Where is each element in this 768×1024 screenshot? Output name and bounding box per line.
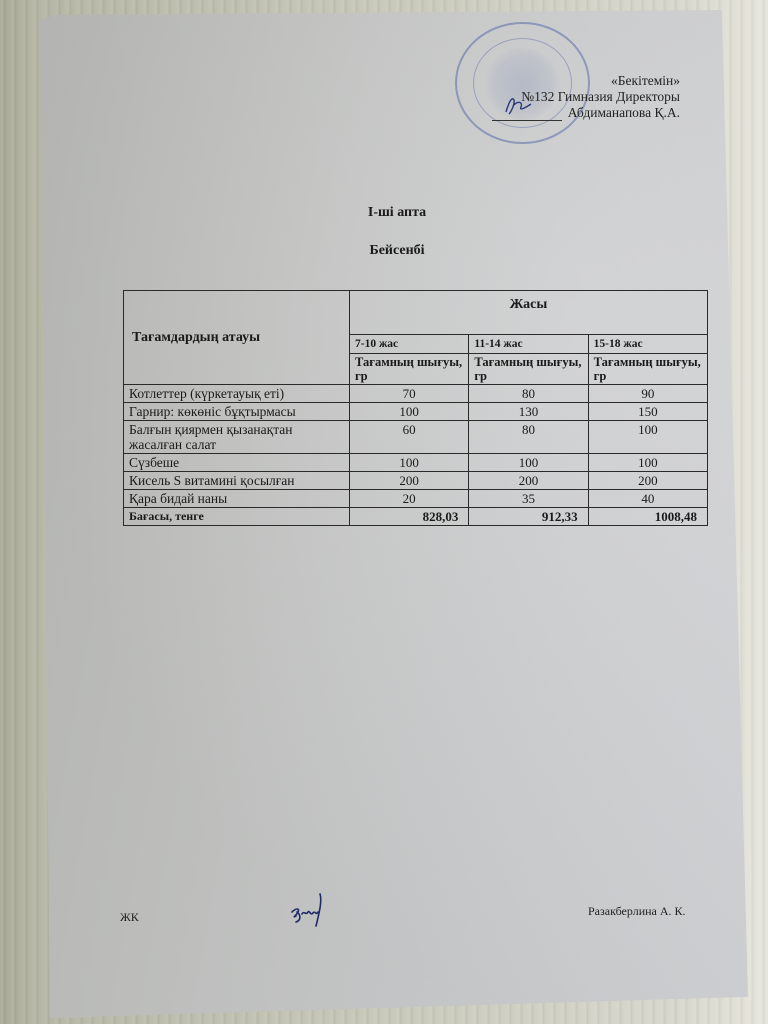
dish-value: 200 <box>588 472 707 490</box>
yield-label: Тағамның шығуы, гр <box>350 354 469 385</box>
total-value: 828,03 <box>350 508 469 526</box>
age-group-7-10: 7-10 жас <box>350 335 469 354</box>
dish-name: Кисель S витамині қосылған <box>124 472 350 490</box>
table-row: Балғын қиярмен қызанақтан жасалған салат… <box>124 421 708 454</box>
dish-name: Балғын қиярмен қызанақтан жасалған салат <box>124 421 350 454</box>
total-value: 912,33 <box>469 508 588 526</box>
age-header: Жасы <box>350 291 708 335</box>
yield-label: Тағамның шығуы, гр <box>588 354 707 385</box>
dish-value: 100 <box>350 454 469 472</box>
yield-label: Тағамның шығуы, гр <box>469 354 588 385</box>
day-title: Бейсенбі <box>0 243 768 259</box>
table-row: Сүзбеше 100 100 100 <box>124 454 708 472</box>
dish-name-header: Тағамдардың атауы <box>124 291 350 385</box>
dish-value: 60 <box>350 421 469 454</box>
footer-left-label: ЖК <box>120 910 139 925</box>
dish-value: 35 <box>469 490 588 508</box>
total-value: 1008,48 <box>588 508 707 526</box>
header-row-1: Тағамдардың атауы Жасы <box>124 291 708 335</box>
dish-name: Сүзбеше <box>124 454 350 472</box>
director-signature-icon <box>503 92 533 116</box>
dish-value: 200 <box>469 472 588 490</box>
handwritten-signature-icon <box>288 890 332 930</box>
approval-title: «Бекітемін» <box>492 73 680 89</box>
dish-value: 100 <box>588 421 707 454</box>
table-row: Қара бидай наны 20 35 40 <box>124 490 708 508</box>
dish-value: 70 <box>350 385 469 403</box>
dish-name: Котлеттер (күркетауық еті) <box>124 385 350 403</box>
total-row: Бағасы, тенге 828,03 912,33 1008,48 <box>124 508 708 526</box>
total-label: Бағасы, тенге <box>124 508 350 526</box>
age-group-11-14: 11-14 жас <box>469 335 588 354</box>
dish-value: 150 <box>588 403 707 421</box>
table-row: Котлеттер (күркетауық еті) 70 80 90 <box>124 385 708 403</box>
dish-value: 200 <box>350 472 469 490</box>
table-row: Гарнир: көкөніс бұқтырмасы 100 130 150 <box>124 403 708 421</box>
dish-value: 100 <box>588 454 707 472</box>
approval-director-name: Абдиманапова Қ.А. <box>568 105 680 120</box>
dish-value: 20 <box>350 490 469 508</box>
dish-value: 80 <box>469 385 588 403</box>
dish-name: Гарнир: көкөніс бұқтырмасы <box>124 403 350 421</box>
footer-right-name: Разакберлина А. К. <box>588 904 686 919</box>
table-row: Кисель S витамині қосылған 200 200 200 <box>124 472 708 490</box>
dish-value: 130 <box>469 403 588 421</box>
dish-value: 90 <box>588 385 707 403</box>
dish-value: 100 <box>469 454 588 472</box>
dish-name: Қара бидай наны <box>124 490 350 508</box>
dish-value: 40 <box>588 490 707 508</box>
week-title: І-ші апта <box>0 205 768 221</box>
dish-value: 100 <box>350 403 469 421</box>
age-group-15-18: 15-18 жас <box>588 335 707 354</box>
menu-table: Тағамдардың атауы Жасы 7-10 жас 11-14 жа… <box>123 290 708 526</box>
dish-value: 80 <box>469 421 588 454</box>
